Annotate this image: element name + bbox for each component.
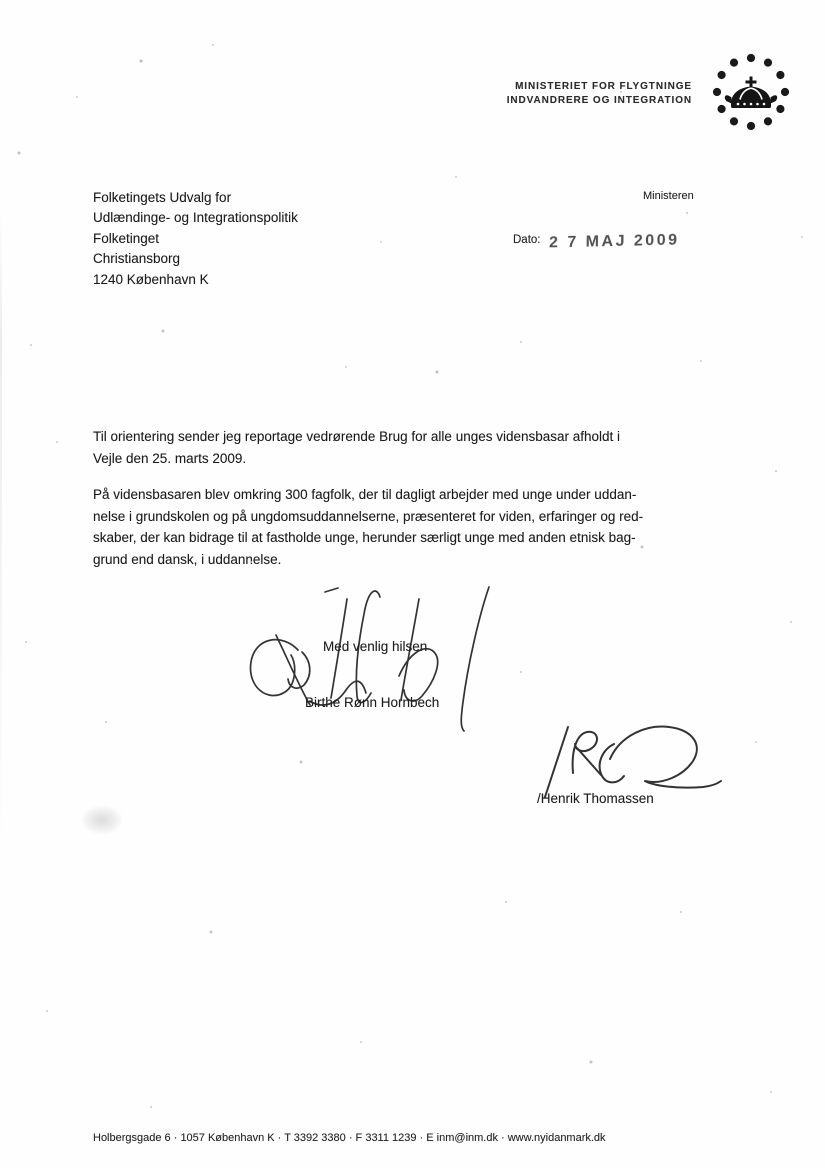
ministry-name-line2: INDVANDRERE OG INTEGRATION bbox=[507, 94, 692, 108]
signer-name-henrik: /Henrik Thomassen bbox=[537, 791, 654, 806]
body-paragraph-1: Til orientering sender jeg reportage ved… bbox=[93, 426, 693, 469]
recipient-line: 1240 København K bbox=[93, 270, 298, 290]
signer-name-birthe: Birthe Rønn Hornbech bbox=[305, 695, 439, 710]
date-label: Dato: bbox=[513, 234, 541, 246]
date-stamp: 2 7 MAJ 2009 bbox=[549, 232, 680, 253]
scanned-letter-page: MINISTERIET FOR FLYGTNINGE INDVANDRERE O… bbox=[0, 0, 825, 1168]
recipient-line: Folketinget bbox=[93, 229, 298, 249]
signature-strokes bbox=[545, 727, 721, 797]
scan-edge-artifact bbox=[0, 210, 2, 850]
crown-icon bbox=[725, 77, 777, 109]
crown-logo-svg bbox=[707, 48, 795, 136]
scan-noise-specks bbox=[0, 0, 2, 2]
body-paragraph-2: På vidensbasaren blev omkring 300 fagfol… bbox=[93, 484, 693, 570]
recipient-address: Folketingets Udvalg for Udlændinge- og I… bbox=[93, 188, 298, 290]
recipient-line: Folketingets Udvalg for bbox=[93, 188, 298, 208]
recipient-line: Udlændinge- og Integrationspolitik bbox=[93, 208, 298, 228]
ministry-crown-logo bbox=[707, 48, 795, 136]
ministry-header: MINISTERIET FOR FLYGTNINGE INDVANDRERE O… bbox=[507, 80, 692, 107]
ministry-name-line1: MINISTERIET FOR FLYGTNINGE bbox=[507, 80, 692, 94]
sender-title: Ministeren bbox=[643, 190, 694, 202]
scan-smudge bbox=[82, 806, 122, 834]
recipient-line: Christiansborg bbox=[93, 249, 298, 269]
signature-birthe-roenn-hornbech bbox=[240, 575, 500, 735]
footer-contact-line: Holbergsgade 6 · 1057 København K · T 33… bbox=[93, 1132, 606, 1144]
